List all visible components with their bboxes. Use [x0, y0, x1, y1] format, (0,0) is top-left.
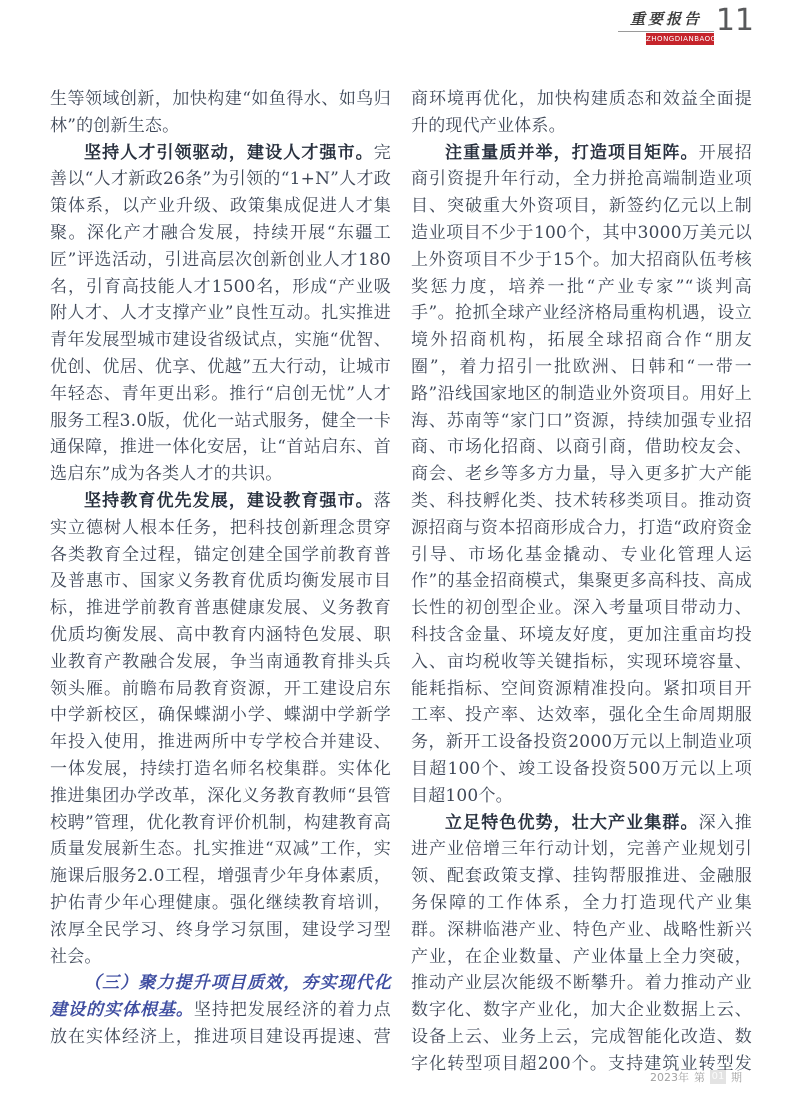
masthead: 重要报告 ZHONGDIANBAOGAO	[618, 8, 714, 45]
paragraph-lead: 坚持人才引领驱动，建设人才强市。	[84, 143, 374, 163]
masthead-pinyin-badge: ZHONGDIANBAOGAO	[646, 33, 714, 45]
paragraph-lead: 注重量质并举，打造项目矩阵。	[445, 143, 699, 163]
paragraph-lead: 坚持教育优先发展，建设教育强市。	[84, 491, 374, 511]
footer-issue-prefix: 第	[694, 1069, 705, 1085]
masthead-rule	[618, 31, 714, 32]
paragraph-text: 生等领域创新，加快构建“如鱼得水、如鸟归林”的创新生态。	[50, 89, 391, 136]
paragraph-text: 完善以“人才新政26条”为引领的“1+N”人才政策体系，以产业升级、政策集成促进…	[50, 143, 391, 485]
paragraph-lead: 立足特色优势，壮大产业集群。	[445, 813, 699, 833]
paragraph-text: 落实立德树人根本任务，把科技创新理念贯穿各类教育全过程，锚定创建全国学前教育普及…	[50, 491, 391, 967]
paragraph: 坚持人才引领驱动，建设人才强市。完善以“人才新政26条”为引领的“1+N”人才政…	[50, 140, 391, 488]
paragraph-text: 开展招商引资提升年行动，全力拼抢高端制造业项目、突破重大外资项目，新签约亿元以上…	[411, 143, 752, 806]
footer-issue-number: 01	[710, 1070, 726, 1084]
paragraph: 生等领域创新，加快构建“如鱼得水、如鸟归林”的创新生态。	[50, 86, 391, 140]
footer-year: 2023年	[650, 1069, 689, 1085]
footer: 2023年 第 01 期	[650, 1069, 742, 1085]
page-number: 11	[716, 6, 754, 36]
masthead-title: 重要报告	[618, 8, 714, 29]
footer-issue-suffix: 期	[731, 1069, 742, 1085]
article-body: 生等领域创新，加快构建“如鱼得水、如鸟归林”的创新生态。坚持人才引领驱动，建设人…	[50, 86, 752, 1078]
paragraph: 坚持教育优先发展，建设教育强市。落实立德树人根本任务，把科技创新理念贯穿各类教育…	[50, 488, 391, 970]
paragraph: 注重量质并举，打造项目矩阵。开展招商引资提升年行动，全力拼抢高端制造业项目、突破…	[411, 140, 752, 810]
document-page: 重要报告 ZHONGDIANBAOGAO 11 生等领域创新，加快构建“如鱼得水…	[0, 0, 800, 1097]
